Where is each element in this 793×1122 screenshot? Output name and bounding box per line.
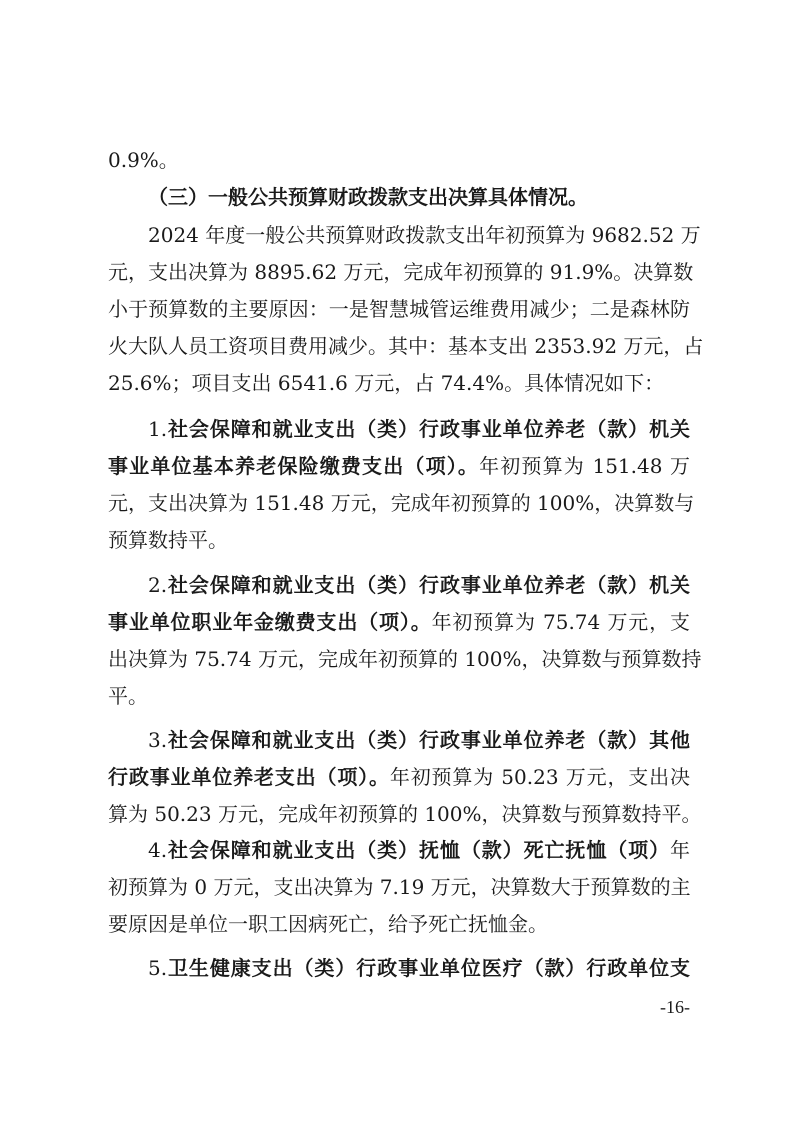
- text-line: 事业单位基本养老保险缴费支出（项）。年初预算为 151.48 万: [108, 451, 690, 481]
- text-line: 元，支出决算为 151.48 万元，完成年初预算的 100%，决算数与: [108, 488, 690, 518]
- bold-heading-text: 社会保障和就业支出（类）行政事业单位养老（款）机关: [167, 417, 690, 441]
- body-text-span: 25.6%；项目支出 6541.6 万元，占 74.4%。具体情况如下：: [108, 371, 664, 395]
- bold-heading-text: 事业单位基本养老保险缴费支出（项）。: [108, 454, 479, 478]
- text-line: 算为 50.23 万元，完成年初预算的 100%，决算数与预算数持平。: [108, 799, 690, 829]
- body-text-span: 出决算为 75.74 万元，完成年初预算的 100%，决算数与预算数持: [108, 647, 702, 671]
- body-text-span: 初预算为 0 万元，支出决算为 7.19 万元，决算数大于预算数的主: [108, 875, 691, 899]
- body-text-span: 要原因是单位一职工因病死亡，给予死亡抚恤金。: [108, 912, 548, 936]
- body-text-span: 年初预算为 151.48 万: [479, 454, 690, 478]
- body-text-span: 年初预算为 75.74 万元，支: [432, 610, 690, 634]
- body-text-span: 平。: [108, 684, 148, 708]
- body-text-span: 1.: [148, 417, 167, 441]
- text-line: 2024 年度一般公共预算财政拨款支出年初预算为 9682.52 万: [148, 220, 690, 250]
- text-line: 出决算为 75.74 万元，完成年初预算的 100%，决算数与预算数持: [108, 644, 690, 674]
- text-line: 0.9%。: [108, 145, 690, 175]
- bold-heading-text: （三）一般公共预算财政拨款支出决算具体情况。: [148, 185, 588, 209]
- text-line: 元，支出决算为 8895.62 万元，完成年初预算的 91.9%。决算数: [108, 257, 690, 287]
- body-text-span: 预算数持平。: [108, 528, 228, 552]
- body-text-span: 小于预算数的主要原因：一是智慧城管运维费用减少；二是森林防: [108, 297, 690, 321]
- bold-heading-text: 行政事业单位养老支出（项）。: [108, 765, 390, 789]
- text-line: 25.6%；项目支出 6541.6 万元，占 74.4%。具体情况如下：: [108, 368, 690, 398]
- body-text-span: 元，支出决算为 8895.62 万元，完成年初预算的 91.9%。决算数: [108, 260, 693, 284]
- body-text-span: 年初预算为 50.23 万元，支出决: [390, 765, 690, 789]
- body-text-span: 4.: [148, 838, 167, 862]
- text-line: 平。: [108, 681, 690, 711]
- document-page: 0.9%。（三）一般公共预算财政拨款支出决算具体情况。2024 年度一般公共预算…: [0, 0, 793, 1122]
- bold-heading-text: 社会保障和就业支出（类）行政事业单位养老（款）机关: [167, 573, 690, 597]
- text-line: 4.社会保障和就业支出（类）抚恤（款）死亡抚恤（项）年: [148, 835, 690, 865]
- text-line: 事业单位职业年金缴费支出（项）。年初预算为 75.74 万元，支: [108, 607, 690, 637]
- text-line: 2.社会保障和就业支出（类）行政事业单位养老（款）机关: [148, 570, 690, 600]
- body-text-span: 3.: [148, 728, 167, 752]
- bold-heading-text: 社会保障和就业支出（类）抚恤（款）死亡抚恤（项）: [167, 838, 670, 862]
- body-text-span: 2024 年度一般公共预算财政拨款支出年初预算为 9682.52 万: [148, 223, 701, 247]
- body-text-span: 火大队人员工资项目费用减少。其中：基本支出 2353.92 万元，占: [108, 334, 703, 358]
- text-line: （三）一般公共预算财政拨款支出决算具体情况。: [148, 182, 690, 212]
- text-line: 5.卫生健康支出（类）行政事业单位医疗（款）行政单位支: [148, 953, 690, 983]
- text-line: 初预算为 0 万元，支出决算为 7.19 万元，决算数大于预算数的主: [108, 872, 690, 902]
- text-line: 1.社会保障和就业支出（类）行政事业单位养老（款）机关: [148, 414, 690, 444]
- body-text-span: 年: [670, 838, 690, 862]
- body-text-span: 元，支出决算为 151.48 万元，完成年初预算的 100%，决算数与: [108, 491, 694, 515]
- body-text-span: 0.9%。: [108, 148, 179, 172]
- text-line: 小于预算数的主要原因：一是智慧城管运维费用减少；二是森林防: [108, 294, 690, 324]
- body-text-span: 2.: [148, 573, 167, 597]
- bold-heading-text: 社会保障和就业支出（类）行政事业单位养老（款）其他: [167, 728, 690, 752]
- text-line: 3.社会保障和就业支出（类）行政事业单位养老（款）其他: [148, 725, 690, 755]
- body-text-span: 5.: [148, 956, 167, 980]
- text-line: 火大队人员工资项目费用减少。其中：基本支出 2353.92 万元，占: [108, 331, 690, 361]
- text-line: 要原因是单位一职工因病死亡，给予死亡抚恤金。: [108, 909, 690, 939]
- bold-heading-text: 事业单位职业年金缴费支出（项）。: [108, 610, 432, 634]
- bold-heading-text: 卫生健康支出（类）行政事业单位医疗（款）行政单位支: [167, 956, 690, 980]
- text-line: 预算数持平。: [108, 525, 690, 555]
- text-line: 行政事业单位养老支出（项）。年初预算为 50.23 万元，支出决: [108, 762, 690, 792]
- body-text-span: 算为 50.23 万元，完成年初预算的 100%，决算数与预算数持平。: [108, 802, 702, 826]
- page-number: -16-: [650, 994, 700, 1020]
